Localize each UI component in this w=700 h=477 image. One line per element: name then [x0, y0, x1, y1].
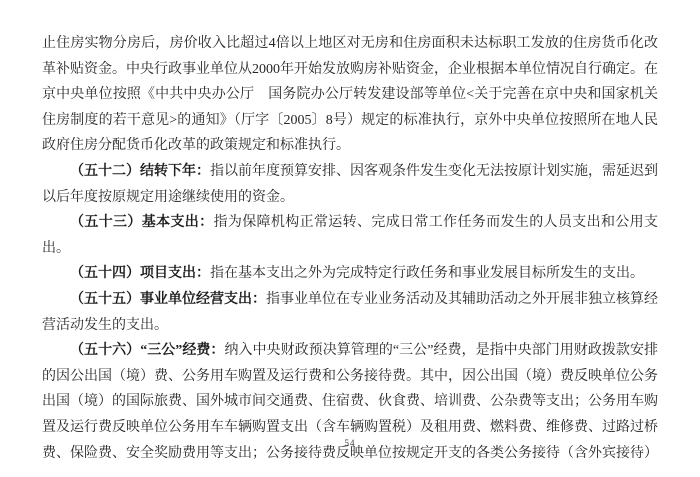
document-page: 止住房实物分房后，房价收入比超过4倍以上地区对无房和住房面积未达标职工发放的住房…	[0, 0, 700, 477]
definition-paragraph-54: （五十四）项目支出：指在基本支出之外为完成特定行政任务和事业发展目标所发生的支出…	[42, 261, 658, 287]
definition-term: “三公”经费：	[140, 343, 224, 358]
definition-paragraph-53: （五十三）基本支出：指为保障机构正常运转、完成日常工作任务而发生的人员支出和公用…	[42, 210, 658, 261]
definition-number: （五十六）	[70, 343, 140, 358]
definition-number: （五十四）	[70, 266, 140, 281]
definition-term: 项目支出：	[140, 266, 210, 281]
definition-term: 结转下年：	[140, 164, 210, 179]
definition-number: （五十五）	[70, 292, 140, 307]
definition-number: （五十三）	[70, 215, 142, 230]
definition-paragraph-52: （五十二）结转下年：指以前年度预算安排、因客观条件发生变化无法按原计划实施，需延…	[42, 159, 658, 210]
definition-paragraph-55: （五十五）事业单位经营支出：指事业单位在专业业务活动及其辅助活动之外开展非独立核…	[42, 287, 658, 338]
document-body: 止住房实物分房后，房价收入比超过4倍以上地区对无房和住房面积未达标职工发放的住房…	[42, 31, 658, 466]
continuation-paragraph: 止住房实物分房后，房价收入比超过4倍以上地区对无房和住房面积未达标职工发放的住房…	[42, 31, 658, 159]
definition-term: 事业单位经营支出：	[140, 292, 266, 307]
definition-number: （五十二）	[70, 164, 140, 179]
definition-body: 指在基本支出之外为完成特定行政任务和事业发展目标所发生的支出。	[210, 266, 644, 281]
page-number: 54	[0, 438, 700, 448]
definition-term: 基本支出：	[142, 215, 214, 230]
